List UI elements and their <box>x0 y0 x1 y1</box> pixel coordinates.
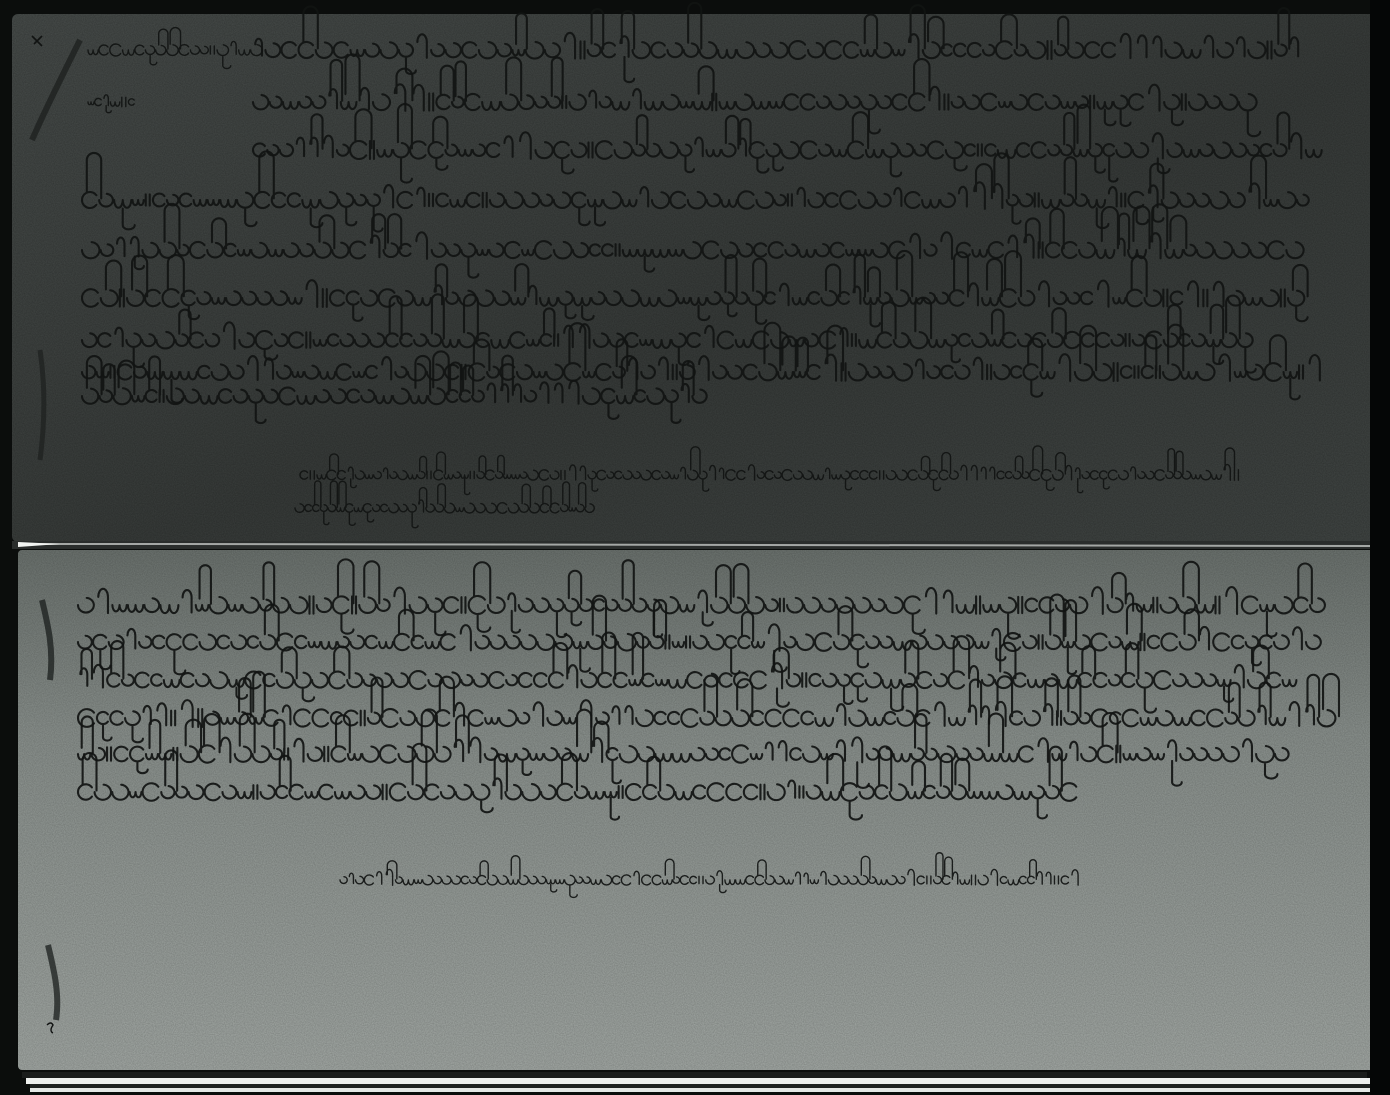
right-edge-shadow <box>1370 0 1390 1095</box>
page-bottom-edge <box>22 1072 1371 1092</box>
manuscript-photo <box>0 0 1390 1095</box>
fold-crease <box>12 541 1382 549</box>
lower-panel <box>18 550 1380 1070</box>
upper-panel <box>12 3 1382 542</box>
manuscript-canvas <box>0 0 1390 1095</box>
